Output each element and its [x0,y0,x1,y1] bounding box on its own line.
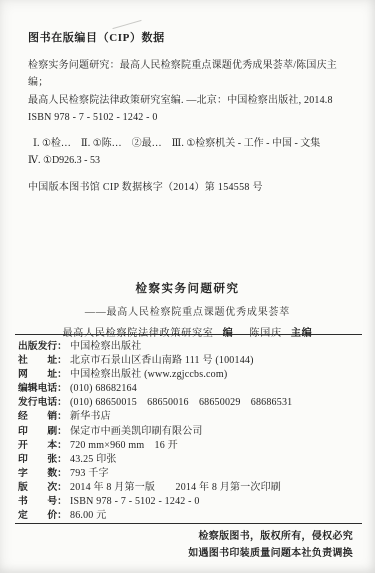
copyright-notes: 检察版图书，版权所有，侵权必究 如遇图书印装质量问题本社负责调换 [188,529,353,562]
colophon-value: 中国检察出版社 (www.zgjccbs.com) [70,368,227,382]
editor-line: 最高人民检察院法律政策研究室编陈国庆主编 [0,324,375,339]
colophon-row-format: 开 本： 720 mm×960 mm 16 开 [18,439,362,453]
book-title: 检察实务问题研究 [0,280,375,296]
colophon-value: (010) 68682164 [70,382,137,396]
colophon-block: 出版发行： 中国检察出版社 社 址： 北京市石景山区香山南路 111 号 (10… [18,340,362,523]
colophon-value: 43.25 印张 [70,453,117,467]
colophon-label: 定 价： [18,509,70,523]
title-block: 检察实务问题研究 ——最高人民检察院重点课题优秀成果荟萃 最高人民检察院法律政策… [0,280,375,339]
book-subtitle: ——最高人民检察院重点课题优秀成果荟萃 [0,303,375,318]
colophon-row-address: 社 址： 北京市石景山区香山南路 111 号 (100144) [18,354,362,368]
colophon-label: 发行电话： [18,396,70,410]
colophon-row-isbn: 书 号： ISBN 978 - 7 - 5102 - 1242 - 0 [18,495,362,509]
colophon-value: 793 千字 [70,467,109,481]
divider-rule-top [15,334,362,335]
colophon-label: 经 销： [18,410,70,424]
colophon-row-distributor: 经 销： 新华书店 [18,410,362,424]
colophon-label: 印 张： [18,453,70,467]
colophon-value: 86.00 元 [70,509,106,523]
book-copyright-page: 图书在版编目（CIP）数据 检察实务问题研究：最高人民检察院重点课题优秀成果荟萃… [0,0,375,573]
colophon-value: 2014 年 8 月第一版 2014 年 8 月第一次印刷 [70,481,281,495]
copyright-note-line1: 检察版图书，版权所有，侵权必究 [188,529,353,546]
cip-description-line1: 检察实务问题研究：最高人民检察院重点课题优秀成果荟萃/陈国庆主编； [28,57,357,92]
cip-classification-line1: Ⅰ. ①检… Ⅱ. ①陈… ②最… Ⅲ. ①检察机关 - 工作 - 中国 - 文… [28,135,357,153]
colophon-label: 社 址： [18,354,70,368]
divider-rule-bottom [15,523,362,524]
colophon-row-printer: 印 刷： 保定市中画美凯印刷有限公司 [18,425,362,439]
colophon-row-wordcount: 字 数： 793 千字 [18,467,362,481]
colophon-row-distribution-phone: 发行电话： (010) 68650015 68650016 68650029 6… [18,396,362,410]
colophon-value: 新华书店 [70,410,111,424]
cip-header: 图书在版编目（CIP）数据 [28,30,357,48]
colophon-row-editorial-phone: 编辑电话： (010) 68682164 [18,382,362,396]
cip-classification: Ⅰ. ①检… Ⅱ. ①陈… ②最… Ⅲ. ①检察机关 - 工作 - 中国 - 文… [28,135,357,170]
cip-isbn-line: ISBN 978 - 7 - 5102 - 1242 - 0 [28,109,357,127]
colophon-label: 字 数： [18,467,70,481]
copyright-note-line2: 如遇图书印装质量问题本社负责调换 [188,546,353,563]
colophon-label: 编辑电话： [18,382,70,396]
colophon-value: 北京市石景山区香山南路 111 号 (100144) [70,354,254,368]
cip-data-block: 图书在版编目（CIP）数据 检察实务问题研究：最高人民检察院重点课题优秀成果荟萃… [28,30,357,196]
colophon-label: 出版发行： [18,340,70,354]
colophon-label: 版 次： [18,481,70,495]
colophon-value: 中国检察出版社 [70,340,141,354]
cip-classification-line2: Ⅳ. ①D926.3 - 53 [28,152,357,170]
scan-artifact-mark [112,20,141,29]
cip-registry-number: 中国版本图书馆 CIP 数据核字（2014）第 154558 号 [28,179,357,197]
colophon-value: 保定市中画美凯印刷有限公司 [70,425,203,439]
colophon-value: 720 mm×960 mm 16 开 [70,439,178,453]
colophon-value: (010) 68650015 68650016 68650029 6868653… [70,396,292,410]
colophon-row-sheets: 印 张： 43.25 印张 [18,453,362,467]
colophon-label: 书 号： [18,495,70,509]
colophon-row-publisher: 出版发行： 中国检察出版社 [18,340,362,354]
colophon-value: ISBN 978 - 7 - 5102 - 1242 - 0 [70,495,200,509]
colophon-row-edition: 版 次： 2014 年 8 月第一版 2014 年 8 月第一次印刷 [18,481,362,495]
colophon-label: 开 本： [18,439,70,453]
colophon-label: 印 刷： [18,425,70,439]
colophon-row-price: 定 价： 86.00 元 [18,509,362,523]
colophon-label: 网 址： [18,368,70,382]
cip-description-line2: 最高人民检察院法律政策研究室编. —北京：中国检察出版社, 2014.8 [28,92,357,110]
cip-description: 检察实务问题研究：最高人民检察院重点课题优秀成果荟萃/陈国庆主编； 最高人民检察… [28,57,357,127]
colophon-row-website: 网 址： 中国检察出版社 (www.zgjccbs.com) [18,368,362,382]
